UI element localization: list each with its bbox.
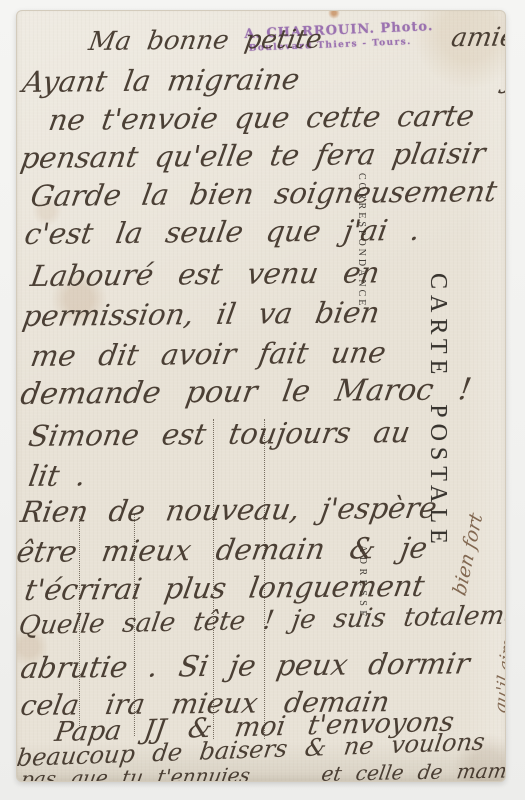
handwritten-line-13: Rien de nouveau, j'espère	[18, 491, 439, 529]
handwritten-line-2: Ayant la migraine je	[20, 60, 506, 99]
handwritten-line-14: être mieux demain & je	[16, 531, 430, 569]
marginal-note: bien fort	[449, 510, 487, 599]
handwritten-line-4: pensant qu'elle te fera plaisir	[18, 136, 488, 175]
handwritten-line-15: t'écrirai plus longuement	[22, 569, 427, 607]
handwritten-line-9: me dit avoir fait une	[28, 335, 388, 373]
handwritten-line-3: ne t'envoie que cette carte	[46, 99, 477, 138]
handwritten-line-10: demande pour le Maroc !	[18, 372, 474, 412]
handwritten-line-5: Garde la bien soigneusement	[28, 174, 499, 213]
photo-background: A. CHARROUIN. Photo. Boulevard Thiers - …	[0, 0, 525, 800]
handwritten-line-1: Ma bonne petite amie	[87, 23, 506, 58]
handwritten-line-7: Labouré est venu en	[28, 255, 382, 293]
handwritten-line-17: abrutie . Si je peux dormir	[18, 646, 472, 685]
marginal-note: qu'il aime	[491, 627, 506, 716]
handwritten-line-6: c'est la seule que j'ai .	[22, 213, 423, 251]
handwritten-line-12: lit .	[26, 458, 88, 493]
postcard: A. CHARROUIN. Photo. Boulevard Thiers - …	[16, 10, 506, 782]
handwritten-line-11: Simone est toujours au	[26, 415, 413, 453]
handwritten-line-8: permission, il va bien	[20, 295, 382, 333]
